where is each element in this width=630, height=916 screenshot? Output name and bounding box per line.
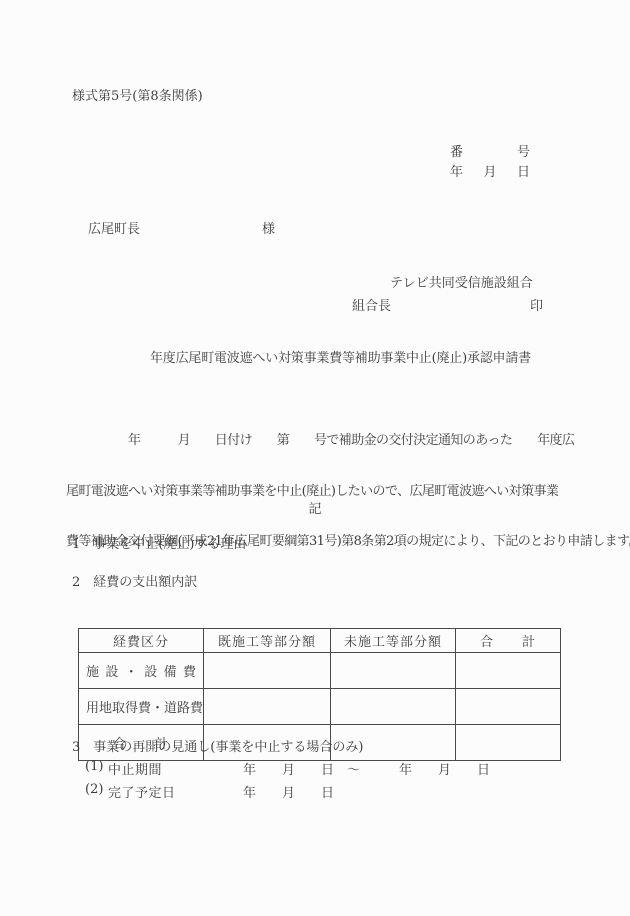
addressee-line: 広尾町長 様: [88, 218, 275, 237]
amount-cell: [331, 689, 456, 725]
amount-cell: [204, 653, 331, 689]
ref-number-suffix: 号: [517, 141, 530, 160]
header-uncompleted-portion: 未施工等部分額: [331, 629, 456, 653]
item-number: (1): [85, 759, 108, 774]
applicant-representative-line: 組合長 印: [352, 295, 543, 314]
completion-date-label: 完了予定日: [108, 782, 243, 801]
applicant-representative-title: 組合長: [352, 295, 391, 314]
section1-heading: 1 事業を中止(廃止)する理由: [72, 533, 246, 552]
date-line: 年 月 日: [450, 161, 530, 180]
date-day-label: 日: [517, 161, 530, 180]
record-marker: 記: [0, 498, 630, 517]
addressee-title: 広尾町長: [88, 218, 140, 237]
date-year-label: 年: [450, 161, 463, 180]
body-paragraph: 年 月 日付け 第 号で補助金の交付決定通知のあった 年度広 尾町電波遮へい対策…: [66, 401, 606, 583]
application-form-page: 様式第5号(第8条関係) 番 号 年 月 日 広尾町長 様 テレビ共同受信施設組…: [0, 0, 630, 916]
item-number: (2): [85, 782, 108, 797]
table-row-facility: 施設・設備費: [79, 653, 561, 689]
expense-table-header-row: 経費区分 既施工等部分額 未施工等部分額 合 計: [79, 629, 561, 653]
ref-number-prefix: 番: [450, 141, 463, 160]
addressee-honorific: 様: [262, 218, 275, 237]
amount-cell: [456, 725, 561, 761]
document-title: 年度広尾町電波遮へい対策事業費等補助事業中止(廃止)承認申請書: [150, 347, 531, 366]
table-row-land: 用地取得費・道路費: [79, 689, 561, 725]
header-completed-portion: 既施工等部分額: [204, 629, 331, 653]
body-line-1: 年 月 日付け 第 号で補助金の交付決定通知のあった 年度広: [66, 431, 606, 452]
form-id: 様式第5号(第8条関係): [72, 85, 203, 104]
row-label-land-road: 用地取得費・道路費: [79, 689, 204, 725]
header-total: 合 計: [456, 629, 561, 653]
date-month-label: 月: [483, 161, 496, 180]
amount-cell: [204, 689, 331, 725]
row-label-facility-equipment: 施設・設備費: [79, 653, 204, 689]
section2-heading: 2 経費の支出額内訳: [72, 571, 197, 590]
seal-mark: 印: [530, 295, 543, 314]
suspension-period-label: 中止期間: [108, 759, 243, 778]
header-expense-category: 経費区分: [79, 629, 204, 653]
amount-cell: [456, 653, 561, 689]
amount-cell: [456, 689, 561, 725]
completion-date-dates: 年 月 日: [243, 782, 334, 801]
section3-heading: 3 事業の再開の見通し(事業を中止する場合のみ): [72, 736, 363, 755]
suspension-period-row: (1) 中止期間 年 月 日 ～ 年 月 日: [85, 759, 490, 778]
suspension-period-dates: 年 月 日 ～ 年 月 日: [243, 759, 490, 778]
amount-cell: [331, 653, 456, 689]
completion-date-row: (2) 完了予定日 年 月 日: [85, 782, 334, 801]
applicant-organization: テレビ共同受信施設組合: [390, 272, 533, 291]
ref-number-line: 番 号: [450, 141, 530, 160]
